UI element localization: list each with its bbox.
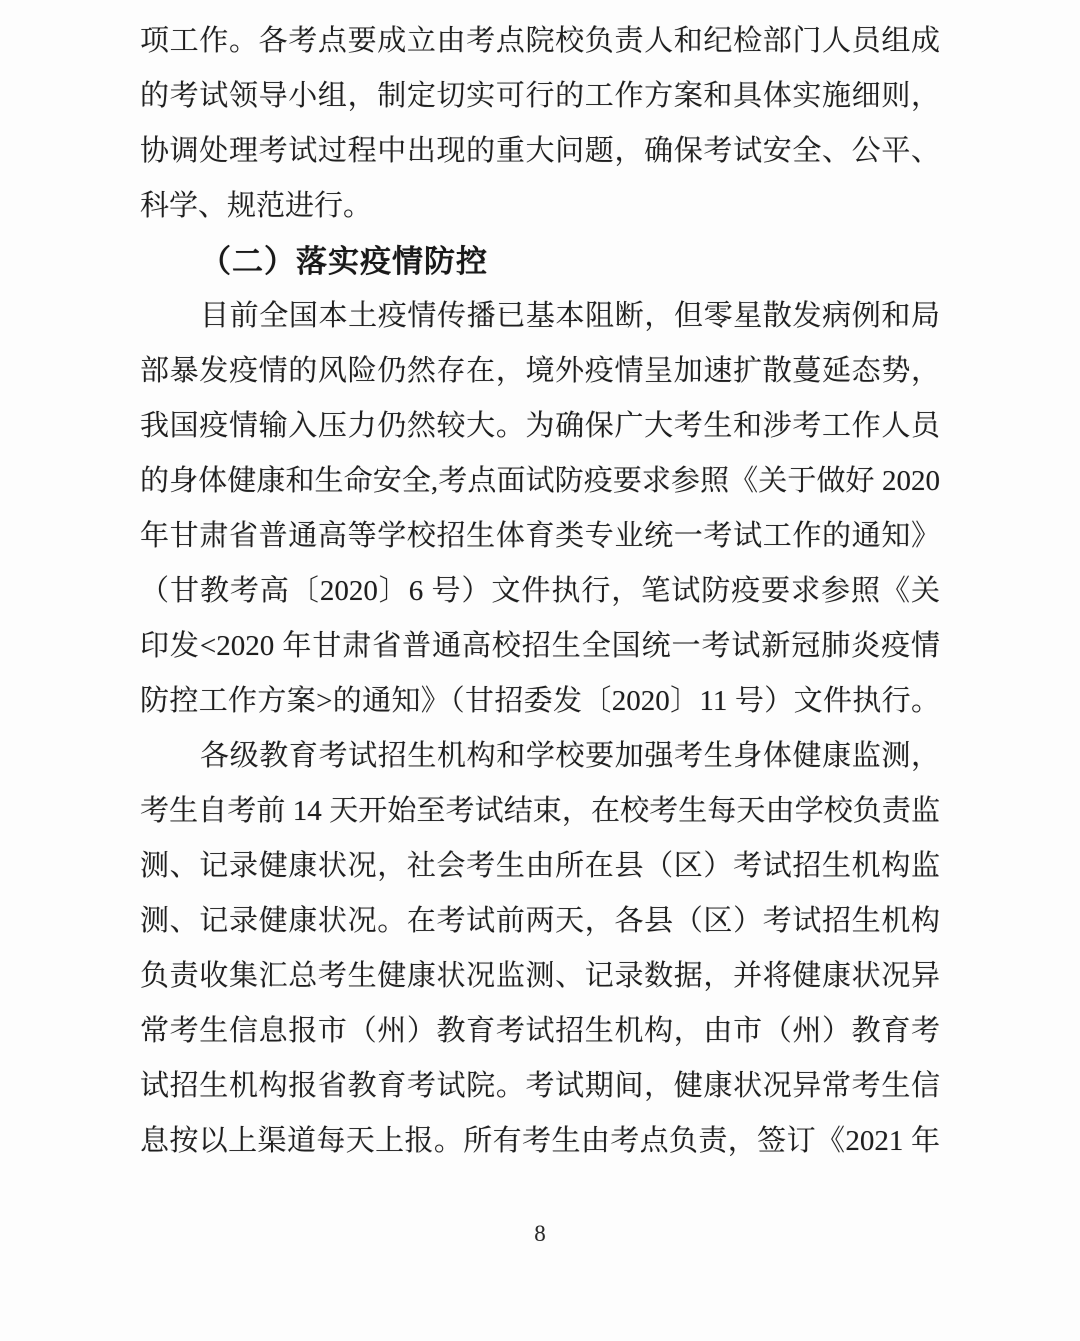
body-line: 的身体健康和生命安全,考点面试防疫要求参照《关于做好 2020 bbox=[140, 454, 940, 509]
body-line: 测、记录健康状况。在考试前两天，各县（区）考试招生机构 bbox=[140, 894, 940, 949]
body-line: 防控工作方案>的通知》（甘招委发〔2020〕11 号）文件执行。 bbox=[140, 674, 940, 729]
page-footer: 8 bbox=[0, 1221, 1080, 1247]
body-line: （甘教考高〔2020〕6 号）文件执行，笔试防疫要求参照《关于 bbox=[140, 564, 940, 619]
body-line: 项工作。各考点要成立由考点院校负责人和纪检部门人员组成 bbox=[140, 14, 940, 69]
document-page: 项工作。各考点要成立由考点院校负责人和纪检部门人员组成 的考试领导小组，制定切实… bbox=[0, 0, 1080, 1341]
body-line: 协调处理考试过程中出现的重大问题，确保考试安全、公平、 bbox=[140, 124, 940, 179]
body-line: 印发<2020 年甘肃省普通高校招生全国统一考试新冠肺炎疫情 bbox=[140, 619, 940, 674]
body-line: 的考试领导小组，制定切实可行的工作方案和具体实施细则， bbox=[140, 69, 940, 124]
body-line: 我国疫情输入压力仍然较大。为确保广大考生和涉考工作人员 bbox=[140, 399, 940, 454]
page-number: 8 bbox=[534, 1221, 546, 1247]
body-line: 常考生信息报市（州）教育考试招生机构，由市（州）教育考 bbox=[140, 1004, 940, 1059]
body-line: 目前全国本土疫情传播已基本阻断，但零星散发病例和局 bbox=[140, 289, 940, 344]
body-line: 息按以上渠道每天上报。所有考生由考点负责，签订《2021 年 bbox=[140, 1114, 940, 1169]
body-line: 测、记录健康状况，社会考生由所在县（区）考试招生机构监 bbox=[140, 839, 940, 894]
body-line: 年甘肃省普通高等学校招生体育类专业统一考试工作的通知》 bbox=[140, 509, 940, 564]
section-heading: （二）落实疫情防控 bbox=[140, 234, 940, 289]
body-line: 负责收集汇总考生健康状况监测、记录数据，并将健康状况异 bbox=[140, 949, 940, 1004]
body-line: 考生自考前 14 天开始至考试结束，在校考生每天由学校负责监 bbox=[140, 784, 940, 839]
body-line: 科学、规范进行。 bbox=[140, 179, 940, 234]
body-line: 各级教育考试招生机构和学校要加强考生身体健康监测， bbox=[140, 729, 940, 784]
body-line: 试招生机构报省教育考试院。考试期间，健康状况异常考生信 bbox=[140, 1059, 940, 1114]
document-text-block: 项工作。各考点要成立由考点院校负责人和纪检部门人员组成 的考试领导小组，制定切实… bbox=[140, 0, 940, 1169]
body-line: 部暴发疫情的风险仍然存在，境外疫情呈加速扩散蔓延态势， bbox=[140, 344, 940, 399]
